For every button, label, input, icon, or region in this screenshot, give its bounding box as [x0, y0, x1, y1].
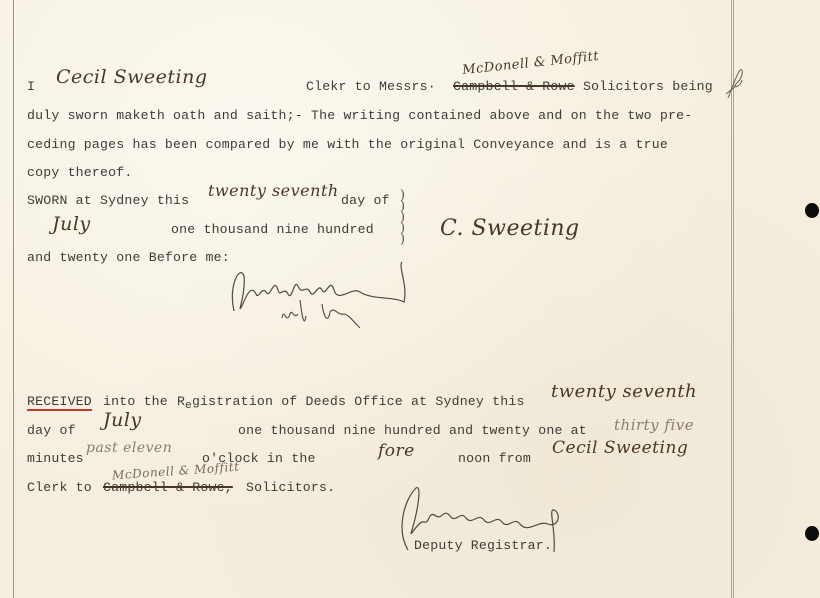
solicitors-being-text: Solicitors being	[583, 79, 713, 94]
letter-e-subscript: e	[185, 400, 192, 412]
struck-firm-name: Campbell & Rowe	[453, 79, 575, 94]
clerk-to-label: Clerk to	[27, 480, 92, 495]
day-of-text: day of	[341, 193, 390, 208]
handwritten-firm-name: McDonell & Moffitt	[462, 49, 600, 78]
letter-r: R	[177, 394, 185, 409]
document-page: I Cecil Sweeting Clekr to Messrs· Campbe…	[0, 0, 820, 598]
handwritten-received-month: July	[103, 409, 142, 431]
witness-signature	[222, 256, 412, 336]
struck-firm-name-registration: Campbell & Rowe,	[103, 480, 233, 495]
handwritten-minutes: thirty five	[614, 416, 694, 434]
handwritten-firm-registration: McDonell & Moffitt	[112, 460, 240, 483]
received-label: RECEIVED	[27, 394, 92, 409]
handwritten-sworn-day: twenty seventh	[208, 181, 339, 200]
affidavit-prefix: I	[27, 79, 35, 94]
handwritten-past-hour: past eleven	[86, 440, 172, 456]
registration-office-rest: gistration of Deeds Office at Sydney thi…	[192, 394, 525, 409]
deponent-signature: C. Sweeting	[440, 216, 580, 241]
deputy-registrar-title: Deputy Registrar.	[414, 538, 552, 553]
handwritten-deponent-name: Cecil Sweeting	[56, 66, 208, 88]
registration-office-text: Registration of Deeds Office at Sydney t…	[177, 394, 525, 409]
noon-from-text: noon from	[458, 451, 531, 466]
affidavit-line-4: copy thereof.	[27, 165, 132, 180]
left-margin-line	[13, 0, 14, 598]
punch-hole-bottom	[805, 526, 819, 541]
handwritten-received-day: twenty seventh	[551, 381, 697, 402]
handwritten-lodger-name: Cecil Sweeting	[552, 438, 688, 458]
affidavit-line-3: ceding pages has been compared by me wit…	[27, 137, 668, 152]
minutes-label: minutes	[27, 451, 84, 466]
sworn-at-sydney-text: SWORN at Sydney this	[27, 193, 189, 208]
affidavit-line-2: duly sworn maketh oath and saith;- The w…	[27, 108, 692, 123]
day-of-label: day of	[27, 423, 76, 438]
margin-initials-mark	[722, 66, 746, 102]
year-and-time-text: one thousand nine hundred and twenty one…	[238, 423, 587, 438]
before-me-text: and twenty one Before me:	[27, 250, 230, 265]
clerk-to-messrs-text: Clekr to Messrs·	[306, 79, 436, 94]
bracket-marks: ) ) ) ) )	[400, 190, 405, 245]
year-text-part1: one thousand nine hundred	[171, 222, 374, 237]
registration-into-the: into the	[103, 394, 168, 409]
punch-hole-top	[805, 203, 819, 218]
handwritten-fore: fore	[378, 441, 415, 461]
handwritten-sworn-month: July	[52, 213, 91, 235]
solicitors-end-text: Solicitors.	[246, 480, 335, 495]
